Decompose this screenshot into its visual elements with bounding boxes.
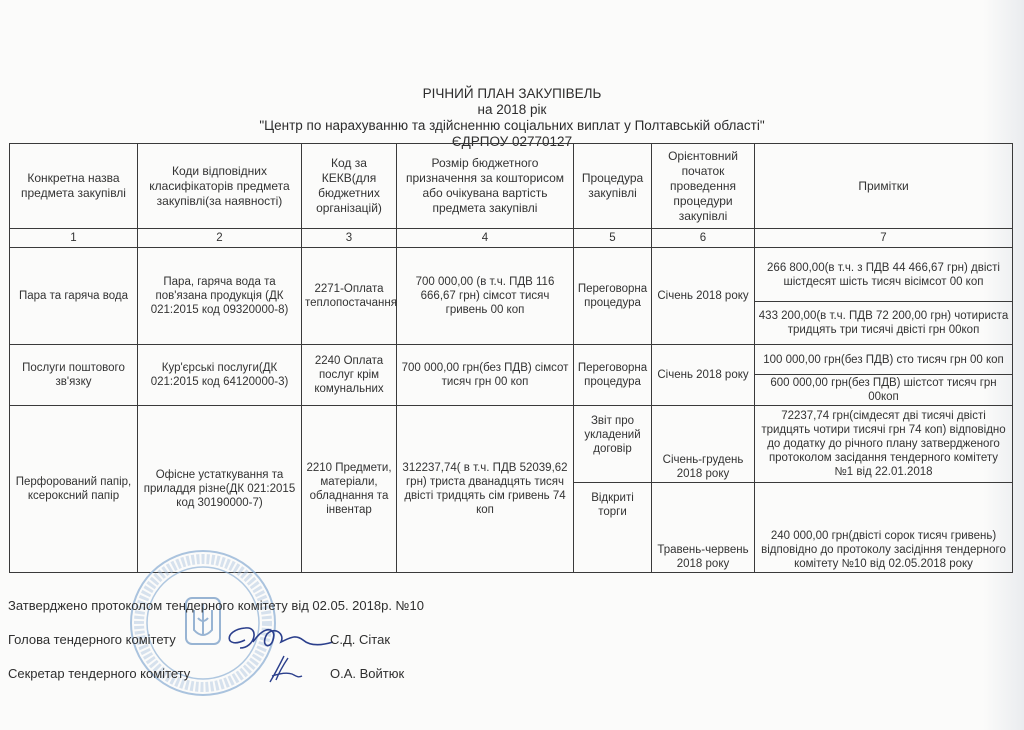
budget-amount: 700 000,00 грн(без ПДВ) сімсот тисяч грн…	[397, 345, 574, 406]
classifier-codes: Офісне устаткування та приладдя різне(ДК…	[138, 406, 302, 573]
table-header-row: Конкретна назва предмета закупівлі Коди …	[10, 144, 1013, 229]
column-header-item-name: Конкретна назва предмета закупівлі	[10, 144, 138, 229]
secretary-label: Секретар тендерного комітету	[8, 666, 190, 681]
procurement-plan-table: Конкретна назва предмета закупівлі Коди …	[9, 143, 1013, 573]
column-header-budget: Розмір бюджетного призначення за коштори…	[397, 144, 574, 229]
organization-name: "Центр по нарахуванню та здійсненню соці…	[0, 118, 1024, 134]
column-header-kekv: Код за КЕКВ(для бюджетних організацій)	[302, 144, 397, 229]
column-header-start-date: Орієнтовний початок проведення процедури…	[652, 144, 755, 229]
procedure: Звіт про укладений договір	[574, 406, 652, 483]
column-number: 1	[10, 229, 138, 248]
approval-note: Затверджено протоколом тендерного коміте…	[8, 598, 424, 613]
classifier-codes: Пара, гаряча вода та пов'язана продукція…	[138, 248, 302, 345]
procedure: Переговорна процедура	[574, 248, 652, 345]
chair-signature-icon	[215, 620, 335, 656]
column-number: 4	[397, 229, 574, 248]
item-name: Послуги поштового зв'язку	[10, 345, 138, 406]
note: 100 000,00 грн(без ПДВ) сто тисяч грн 00…	[755, 345, 1013, 375]
note: 433 200,00(в т.ч. ПДВ 72 200,00 грн) чот…	[755, 302, 1013, 345]
secretary-signature-icon	[262, 654, 306, 686]
note: 72237,74 грн(сімдесят дві тисячі двісті …	[755, 406, 1013, 483]
start-date: Січень 2018 року	[652, 345, 755, 406]
column-header-classifier-codes: Коди відповідних класифікаторів предмета…	[138, 144, 302, 229]
start-date: Січень 2018 року	[652, 248, 755, 345]
note: 266 800,00(в т.ч. з ПДВ 44 466,67 грн) д…	[755, 248, 1013, 302]
column-number-row: 1 2 3 4 5 6 7	[10, 229, 1013, 248]
secretary-name: О.А. Войтюк	[330, 666, 404, 681]
column-number: 7	[755, 229, 1013, 248]
kekv-code: 2240 Оплата послуг крім комунальних	[302, 345, 397, 406]
column-number: 5	[574, 229, 652, 248]
column-header-notes: Примітки	[755, 144, 1013, 229]
document-title: РІЧНИЙ ПЛАН ЗАКУПІВЕЛЬ	[0, 86, 1024, 102]
kekv-code: 2271-Оплата теплопостачання	[302, 248, 397, 345]
note: 240 000,00 грн(двісті сорок тисяч гривен…	[755, 483, 1013, 573]
column-number: 2	[138, 229, 302, 248]
column-number: 6	[652, 229, 755, 248]
table-row: Перфорований папір, ксероксний папір Офі…	[10, 406, 1013, 483]
table-row: Послуги поштового зв'язку Кур'єрські пос…	[10, 345, 1013, 375]
kekv-code: 2210 Предмети, матеріали, обладнання та …	[302, 406, 397, 573]
document-year: на 2018 рік	[0, 102, 1024, 118]
start-date: Травень-червень 2018 року	[652, 483, 755, 573]
procedure: Переговорна процедура	[574, 345, 652, 406]
chair-label: Голова тендерного комітету	[8, 632, 176, 647]
budget-amount: 312237,74( в т.ч. ПДВ 52039,62 грн) трис…	[397, 406, 574, 573]
budget-amount: 700 000,00 (в т.ч. ПДВ 116 666,67 грн) с…	[397, 248, 574, 345]
procedure: Відкриті торги	[574, 483, 652, 573]
classifier-codes: Кур'єрські послуги(ДК 021:2015 код 64120…	[138, 345, 302, 406]
column-number: 3	[302, 229, 397, 248]
column-header-procedure: Процедура закупівлі	[574, 144, 652, 229]
start-date: Січень-грудень 2018 року	[652, 406, 755, 483]
chair-name: С.Д. Сітак	[330, 632, 390, 647]
item-name: Пара та гаряча вода	[10, 248, 138, 345]
note: 600 000,00 грн(без ПДВ) шістсот тисяч гр…	[755, 375, 1013, 406]
table-row: Пара та гаряча вода Пара, гаряча вода та…	[10, 248, 1013, 302]
document-header: РІЧНИЙ ПЛАН ЗАКУПІВЕЛЬ на 2018 рік "Цент…	[0, 86, 1024, 150]
item-name: Перфорований папір, ксероксний папір	[10, 406, 138, 573]
